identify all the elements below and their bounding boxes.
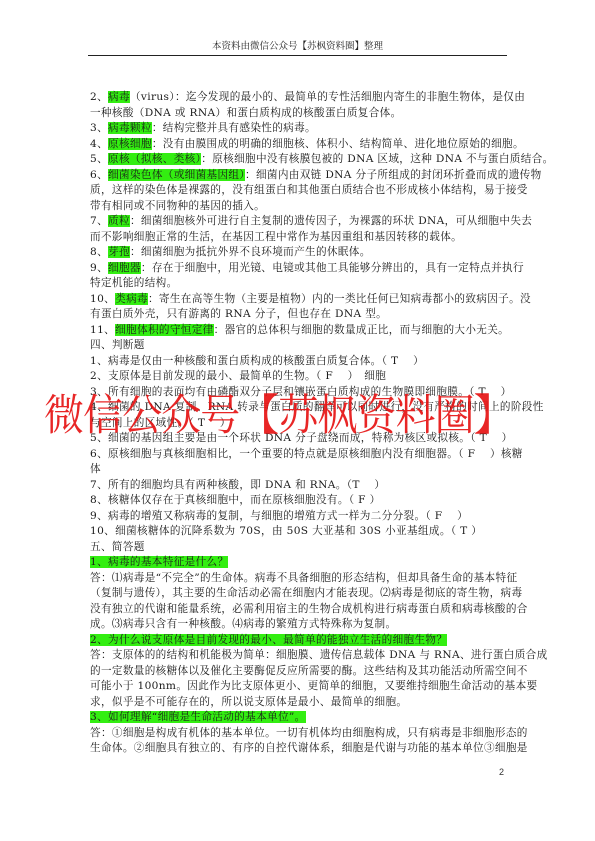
line-text: 5、 — [90, 153, 108, 165]
text-line: 四、判断题 — [90, 338, 508, 354]
text-line: 2、病毒（virus）：迄今发现的最小的、最简单的专性活细胞内寄生的非胞生物体，… — [90, 90, 508, 106]
line-text: ：器官的总体积与细胞的数量成正比，而与细胞的大小无关。 — [214, 324, 509, 336]
line-text: ：细菌细胞核外可进行自主复制的遗传因子，为裸露的环状 DNA，可从细胞中失去 — [130, 215, 532, 227]
line-text: 2、 — [90, 91, 108, 103]
line-text: 特定机能的结构。 — [90, 277, 178, 289]
line-text: 8、核糖体仅存在于真核细胞中，而在原核细胞没有。（ F ） — [90, 494, 381, 506]
highlighted-term: 1、病毒的基本特征是什么？ — [90, 556, 228, 568]
text-line: 1、病毒是仅由一种核酸和蛋白质构成的核酸蛋白质复合体。（ T ） — [90, 354, 508, 370]
highlighted-term: 病毒颗粒 — [108, 122, 152, 134]
line-text: 10、 — [90, 293, 115, 305]
line-text: 9、 — [90, 262, 108, 274]
highlighted-term: 2、为什么说支原体是目前发现的最小、最简单的能独立生活的细胞生物？ — [90, 634, 447, 646]
line-text: 可能小于 100nm。因此作为比支原体更小、更简单的细胞，又要维持细胞生命活动的… — [90, 680, 537, 692]
line-text: 11、 — [90, 324, 115, 336]
text-line: 3、所有细胞的表面均有由磷酯双分子层和镶嵌蛋白质构成的生物膜即细胞膜。（ T ） — [90, 385, 508, 401]
line-text: （virus）：迄今发现的最小的、最简单的专性活细胞内寄生的非胞生物体，是仅由 — [130, 91, 525, 103]
text-line: 8、芽孢：细菌细胞为抵抗外界不良环境而产生的休眠体。 — [90, 245, 508, 261]
text-line: 2、为什么说支原体是目前发现的最小、最简单的能独立生活的细胞生物？ — [90, 633, 508, 649]
text-line: 可能小于 100nm。因此作为比支原体更小、更简单的细胞，又要维持细胞生命活动的… — [90, 679, 508, 695]
line-text: 五、简答题 — [90, 541, 145, 553]
text-line: 而不影响细胞正常的生活，在基因工程中常作为基因重组和基因转移的载体。 — [90, 230, 508, 246]
header-title: 本资料由微信公众号【苏枫资料圈】整理 — [212, 41, 383, 52]
text-line: 9、病毒的增殖又称病毒的复制，与细胞的增殖方式一样为二分分裂。（ F ） — [90, 509, 508, 525]
line-text: 成。⑶病毒只含有一种核酸。⑷病毒的繁殖方式特殊称为复制。 — [90, 618, 396, 630]
text-line: 2、支原体是目前发现的最小、最简单的生物。（ F ） 细胞 — [90, 369, 508, 385]
text-line: 五、简答题 — [90, 540, 508, 556]
text-line: 8、核糖体仅存在于真核细胞中，而在原核细胞没有。（ F ） — [90, 493, 508, 509]
line-text: 7、所有的细胞均具有两种核酸，即 DNA 和 RNA。（T ） — [90, 479, 385, 491]
line-text: （复制与遗传），其主要的生命活动必需在细胞内才能表现。⑵病毒是彻底的寄生物，病毒 — [90, 587, 522, 599]
text-line: 9、细胞器：存在于细胞中，用光镜、电镜或其他工具能够分辨出的，具有一定特点并执行 — [90, 261, 508, 277]
line-text: ：结构完整并具有感染性的病毒。 — [152, 122, 316, 134]
line-text: 一种核酸（DNA 或 RNA）和蛋白质构成的核酸蛋白质复合体。 — [90, 107, 402, 119]
text-line: 6、原核细胞与真核细胞相比，一个重要的特点就是原核细胞内没有细胞器。（ F ）核… — [90, 447, 508, 463]
text-line: 4、细菌的 DNA 复制、RNA 转录与蛋白质的翻译可以同时进行，没有严格的时间… — [90, 400, 508, 416]
line-text: 体 — [90, 463, 101, 475]
line-text: 与空间上的区域性。（ T ） — [90, 417, 231, 429]
highlighted-term: 原核（拟核、类核） — [108, 153, 201, 165]
text-line: 1、病毒的基本特征是什么？ — [90, 555, 508, 571]
text-line: 答：①细胞是构成有机体的基本单位。一切有机体均由细胞构成，只有病毒是非细胞形态的 — [90, 726, 508, 742]
highlighted-term: 3、如何理解“细胞是生命活动的基本单位”。 — [90, 711, 306, 723]
line-text: 4、 — [90, 138, 108, 150]
text-line: 10、细菌核糖体的沉降系数为 70S，由 50S 大亚基和 30S 小亚基组成。… — [90, 524, 508, 540]
highlighted-term: 芽孢 — [108, 246, 130, 258]
text-line: 求，似乎是不可能存在的，所以说支原体是最小、最简单的细胞。 — [90, 695, 508, 711]
text-line: 的一定数量的核糖体以及催化主要酶促反应所需要的酶。这些结构及其功能活动所需空间不 — [90, 664, 508, 680]
text-line: 答：支原体的的结构和机能极为简单：细胞膜、遗传信息载体 DNA 与 RNA、进行… — [90, 648, 508, 664]
text-line: 特定机能的结构。 — [90, 276, 508, 292]
page-number: 2 — [499, 767, 504, 777]
line-text: 求，似乎是不可能存在的，所以说支原体是最小、最简单的细胞。 — [90, 696, 407, 708]
line-text: 而不影响细胞正常的生活，在基因工程中常作为基因重组和基因转移的载体。 — [90, 231, 462, 243]
line-text: ：细菌内由双链 DNA 分子所组成的封闭环折叠而成的遗传物 — [245, 169, 542, 181]
line-text: ：存在于细胞中，用光镜、电镜或其他工具能够分辨出的，具有一定特点并执行 — [141, 262, 524, 274]
text-line: 质，这样的染色体是裸露的，没有组蛋白和其他蛋白质结合也不形成核小体结构，易于接受 — [90, 183, 508, 199]
text-line: 没有独立的代谢和能量系统，必需利用宿主的生物合成机构进行病毒蛋白质和病毒核酸的合 — [90, 602, 508, 618]
text-line: 与空间上的区域性。（ T ） — [90, 416, 508, 432]
line-text: 2、支原体是目前发现的最小、最简单的生物。（ F ） 细胞 — [90, 370, 386, 382]
line-text: 生命体。②细胞具有独立的、有序的自控代谢体系，细胞是代谢与功能的基本单位③细胞是 — [90, 742, 528, 754]
line-text: 答：①细胞是构成有机体的基本单位。一切有机体均由细胞构成，只有病毒是非细胞形态的 — [90, 727, 528, 739]
text-line: 7、质粒：细菌细胞核外可进行自主复制的遗传因子，为裸露的环状 DNA，可从细胞中… — [90, 214, 508, 230]
line-text: 有蛋白质外壳，只有游离的 RNA 分子，但也存在 DNA 型。 — [90, 308, 387, 320]
highlighted-term: 细胞体积的守恒定律 — [115, 324, 214, 336]
line-text: 质，这样的染色体是裸露的，没有组蛋白和其他蛋白质结合也不形成核小体结构，易于接受 — [90, 184, 528, 196]
line-text: ：原核细胞中没有核膜包被的 DNA 区域，这种 DNA 不与蛋白质结合。 — [201, 153, 553, 165]
text-line: 带有相同或不同物种的基因的插入。 — [90, 199, 508, 215]
line-text: 1、病毒是仅由一种核酸和蛋白质构成的核酸蛋白质复合体。（ T ） — [90, 355, 424, 367]
highlighted-term: 类病毒 — [115, 293, 148, 305]
document-body: 2、病毒（virus）：迄今发现的最小的、最简单的专性活细胞内寄生的非胞生物体，… — [90, 90, 508, 757]
text-line: 有蛋白质外壳，只有游离的 RNA 分子，但也存在 DNA 型。 — [90, 307, 508, 323]
highlighted-term: 细胞器 — [108, 262, 141, 274]
text-line: 3、病毒颗粒：结构完整并具有感染性的病毒。 — [90, 121, 508, 137]
line-text: 4、细菌的 DNA 复制、RNA 转录与蛋白质的翻译可以同时进行，没有严格的时间… — [90, 401, 544, 413]
highlighted-term: 病毒 — [108, 91, 130, 103]
text-line: 6、细菌染色体（或细菌基因组）：细菌内由双链 DNA 分子所组成的封闭环折叠而成… — [90, 168, 508, 184]
text-line: （复制与遗传），其主要的生命活动必需在细胞内才能表现。⑵病毒是彻底的寄生物，病毒 — [90, 586, 508, 602]
highlighted-term: 质粒 — [108, 215, 130, 227]
highlighted-term: 原核细胞 — [108, 138, 152, 150]
line-text: 8、 — [90, 246, 108, 258]
line-text: 7、 — [90, 215, 108, 227]
text-line: 3、如何理解“细胞是生命活动的基本单位”。 — [90, 710, 508, 726]
line-text: 的一定数量的核糖体以及催化主要酶促反应所需要的酶。这些结构及其功能活动所需空间不 — [90, 665, 528, 677]
line-text: ：寄生在高等生物（主要是植物）内的一类比任何已知病毒都小的致病因子。没 — [148, 293, 531, 305]
line-text: 10、细菌核糖体的沉降系数为 70S，由 50S 大亚基和 30S 小亚基组成。… — [90, 525, 482, 537]
highlighted-term: 细菌染色体（或细菌基因组） — [108, 169, 245, 181]
text-line: 11、细胞体积的守恒定律：器官的总体积与细胞的数量成正比，而与细胞的大小无关。 — [90, 323, 508, 339]
line-text: 6、原核细胞与真核细胞相比，一个重要的特点就是原核细胞内没有细胞器。（ F ）核… — [90, 448, 523, 460]
text-line: 10、类病毒：寄生在高等生物（主要是植物）内的一类比任何已知病毒都小的致病因子。… — [90, 292, 508, 308]
line-text: 四、判断题 — [90, 339, 145, 351]
line-text: ：没有由膜围成的明确的细胞核、体积小、结构简单、进化地位原始的细胞。 — [152, 138, 524, 150]
line-text: 3、 — [90, 122, 108, 134]
line-text: 5、细菌的基因组主要是由一个环状 DNA 分子盘绕而成，特称为核区或拟核。（ T… — [90, 432, 513, 444]
text-line: 成。⑶病毒只含有一种核酸。⑷病毒的繁殖方式特殊称为复制。 — [90, 617, 508, 633]
text-line: 体 — [90, 462, 508, 478]
text-line: 7、所有的细胞均具有两种核酸，即 DNA 和 RNA。（T ） — [90, 478, 508, 494]
line-text: 9、病毒的增殖又称病毒的复制，与细胞的增殖方式一样为二分分裂。（ F ） — [90, 510, 468, 522]
text-line: 5、原核（拟核、类核）：原核细胞中没有核膜包被的 DNA 区域，这种 DNA 不… — [90, 152, 508, 168]
text-line: 4、原核细胞：没有由膜围成的明确的细胞核、体积小、结构简单、进化地位原始的细胞。 — [90, 137, 508, 153]
text-line: 答：⑴病毒是“不完全”的生命体。病毒不具备细胞的形态结构，但却具备生命的基本特征 — [90, 571, 508, 587]
line-text: 没有独立的代谢和能量系统，必需利用宿主的生物合成机构进行病毒蛋白质和病毒核酸的合 — [90, 603, 528, 615]
text-line: 一种核酸（DNA 或 RNA）和蛋白质构成的核酸蛋白质复合体。 — [90, 106, 508, 122]
line-text: 带有相同或不同物种的基因的插入。 — [90, 200, 265, 212]
line-text: 答：支原体的的结构和机能极为简单：细胞膜、遗传信息载体 DNA 与 RNA、进行… — [90, 649, 548, 661]
line-text: 6、 — [90, 169, 108, 181]
line-text: 答：⑴病毒是“不完全”的生命体。病毒不具备细胞的形态结构，但却具备生命的基本特征 — [90, 572, 517, 584]
text-line: 5、细菌的基因组主要是由一个环状 DNA 分子盘绕而成，特称为核区或拟核。（ T… — [90, 431, 508, 447]
page-header: 本资料由微信公众号【苏枫资料圈】整理 — [88, 40, 507, 56]
line-text: 3、所有细胞的表面均有由磷酯双分子层和镶嵌蛋白质构成的生物膜即细胞膜。（ T ） — [90, 386, 512, 398]
line-text: ：细菌细胞为抵抗外界不良环境而产生的休眠体。 — [130, 246, 371, 258]
text-line: 生命体。②细胞具有独立的、有序的自控代谢体系，细胞是代谢与功能的基本单位③细胞是 — [90, 741, 508, 757]
